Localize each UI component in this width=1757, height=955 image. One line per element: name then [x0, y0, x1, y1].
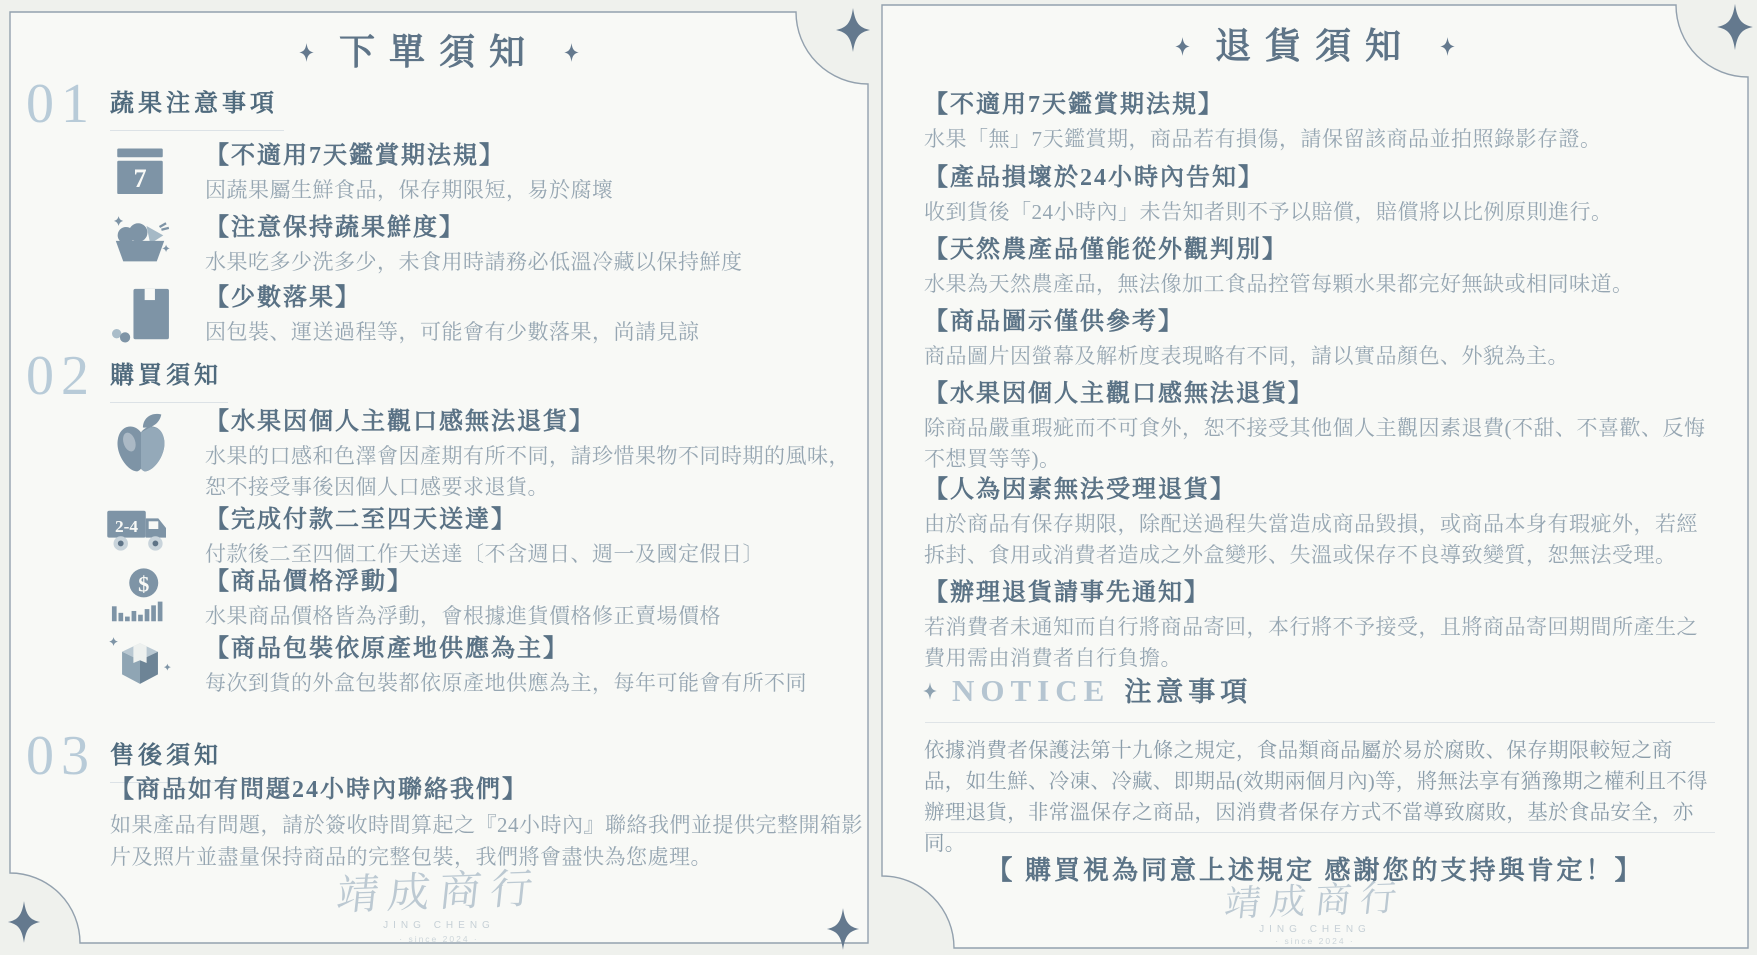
item-heading: 【水果因個人主觀口感無法退貨】 [205, 407, 860, 437]
fruit-basket-icon [102, 213, 178, 267]
page-title: 下單須知 [339, 34, 539, 70]
section-number: 02 [26, 348, 96, 404]
item-heading: 【商品價格浮動】 [205, 567, 860, 597]
notice-label-zh: 注意事項 [1124, 679, 1252, 706]
section-number: 03 [26, 728, 96, 784]
notice-item: 【水果因個人主觀口感無法退貨】 除商品嚴重瑕疵而不可食外，恕不接受其他個人主觀因… [924, 379, 1719, 475]
calendar-7-icon: 7 [102, 146, 178, 200]
item-heading: 【商品包裝依原產地供應為主】 [205, 634, 860, 664]
item-body: 水果「無」7天鑑賞期，商品若有損傷，請保留該商品並拍照錄影存證。 [924, 124, 1719, 155]
page-title: 退貨須知 [1215, 28, 1415, 64]
notice-item: 【產品損壞於24小時內告知】 收到貨後「24小時內」未告知者則不予以賠償，賠償將… [924, 163, 1719, 228]
item-body: 如果產品有問題，請於簽收時間算起之『24小時內』聯絡我們並提供完整開箱影片及照片… [110, 809, 865, 873]
item-body: 水果吃多少洗多少，未食用時請務必低溫冷藏以保持鮮度 [205, 247, 860, 278]
notice-item: 【天然農產品僅能從外觀判別】 水果為天然農產品，無法像加工食品控管每顆水果都完好… [924, 235, 1719, 300]
item-heading: 【完成付款二至四天送達】 [205, 505, 860, 535]
item-body: 每次到貨的外盒包裝都依原產地供應為主，每年可能會有所不同 [205, 668, 860, 699]
item-heading: 【商品圖示僅供參考】 [924, 307, 1719, 337]
brand-logo-script: 靖成商行 [1223, 879, 1408, 925]
sparkle-icon [563, 40, 580, 65]
notice-item: 【商品圖示僅供參考】 商品圖片因螢幕及解析度表現略有不同，請以實品顏色、外貌為主… [924, 307, 1719, 372]
brand-logo: 靖成商行 JING CHENG · since 2024 · [882, 882, 1748, 946]
brand-logo-latin: JING CHENG [10, 920, 868, 931]
item-body: 因包裝、運送過程等，可能會有少數落果，尚請見諒 [205, 317, 860, 348]
brand-logo: 靖成商行 JING CHENG · since 2024 · [10, 870, 868, 944]
item-body: 除商品嚴重瑕疵而不可食外，恕不接受其他個人主觀因素退費(不甜、不喜歡、反悔不想買… [924, 413, 1719, 475]
order-notice-panel: 下單須知 01 蔬果注意事項 7 【不適用7天鑑賞期法規】 因蔬果屬生鮮食品，保… [10, 12, 868, 947]
item-body: 商品圖片因螢幕及解析度表現略有不同，請以實品顏色、外貌為主。 [924, 341, 1719, 372]
price-coin-icon: $ [102, 567, 178, 625]
item-body: 付款後二至四個工作天送達〔不含週日、週一及國定假日〕 [205, 539, 860, 570]
brand-logo-since: · since 2024 · [882, 936, 1748, 946]
sparkle-icon [922, 679, 938, 703]
return-notice-panel: 退貨須知 【不適用7天鑑賞期法規】 水果「無」7天鑑賞期，商品若有損傷，請保留該… [882, 5, 1748, 948]
notice-item: 【人為因素無法受理退貨】 由於商品有保存期限，除配送過程失當造成商品毀損，或商品… [924, 475, 1719, 571]
page: 下單須知 01 蔬果注意事項 7 【不適用7天鑑賞期法規】 因蔬果屬生鮮食品，保… [0, 0, 1757, 955]
divider [925, 832, 1715, 833]
item-heading: 【少數落果】 [205, 283, 860, 313]
item-body: 水果商品價格皆為浮動，會根據進貨價格修正賣場價格 [205, 601, 860, 632]
item-heading: 【天然農產品僅能從外觀判別】 [924, 235, 1719, 265]
apple-icon [102, 409, 178, 479]
notice-paragraph: 依據消費者保護法第十九條之規定，食品類商品屬於易於腐敗、保存期限較短之商品，如生… [924, 736, 1714, 860]
brand-logo-latin: JING CHENG [882, 924, 1748, 935]
sparkle-icon [298, 40, 315, 65]
notice-section-header: NOTICE 注意事項 [922, 675, 1252, 706]
item-heading: 【商品如有問題24小時內聯絡我們】 [110, 775, 865, 805]
item-heading: 【不適用7天鑑賞期法規】 [924, 90, 1719, 120]
item-body: 若消費者未通知而自行將商品寄回，本行將不予接受，且將商品寄回期間所產生之費用需由… [924, 612, 1719, 674]
item-body: 收到貨後「24小時內」未告知者則不予以賠償，賠償將以比例原則進行。 [924, 197, 1719, 228]
section-number: 01 [26, 76, 96, 132]
item-heading: 【注意保持蔬果鮮度】 [205, 213, 860, 243]
notice-item: 【不適用7天鑑賞期法規】 水果「無」7天鑑賞期，商品若有損傷，請保留該商品並拍照… [924, 90, 1719, 155]
svg-text:$: $ [138, 571, 149, 596]
brand-logo-script: 靖成商行 [334, 866, 544, 919]
item-heading: 【辦理退貨請事先通知】 [924, 578, 1719, 608]
item-heading: 【不適用7天鑑賞期法規】 [205, 141, 860, 171]
item-heading: 【水果因個人主觀口感無法退貨】 [924, 379, 1719, 409]
notice-item: 【辦理退貨請事先通知】 若消費者未通知而自行將商品寄回，本行將不予接受，且將商品… [924, 578, 1719, 674]
item-heading: 【產品損壞於24小時內告知】 [924, 163, 1719, 193]
notice-item: 【商品如有問題24小時內聯絡我們】 如果產品有問題，請於簽收時間算起之『24小時… [110, 775, 865, 873]
item-heading: 【人為因素無法受理退貨】 [924, 475, 1719, 505]
sparkle-icon [1174, 34, 1191, 59]
item-body: 由於商品有保存期限，除配送過程失當造成商品毀損，或商品本身有瑕疵外，若經拆封、食… [924, 509, 1719, 571]
svg-text:7: 7 [133, 164, 146, 193]
section-header-1: 01 蔬果注意事項 [10, 76, 868, 146]
sparkle-icon [1439, 34, 1456, 59]
fallen-fruit-box-icon [102, 287, 178, 343]
delivery-truck-icon: 2-4 [102, 503, 178, 555]
package-box-icon [102, 634, 178, 694]
section-label: 購買須知 [110, 355, 228, 403]
svg-text:2-4: 2-4 [115, 517, 138, 536]
divider [925, 722, 1715, 723]
item-body: 水果為天然農產品，無法像加工食品控管每顆水果都完好無缺或相同味道。 [924, 269, 1719, 300]
brand-logo-since: · since 2024 · [10, 934, 868, 944]
order-notice-title: 下單須知 [10, 34, 868, 70]
item-body: 水果的口感和色澤會因產期有所不同，請珍惜果物不同時期的風味，恕不接受事後因個人口… [205, 441, 860, 503]
item-body: 因蔬果屬生鮮食品，保存期限短，易於腐壞 [205, 175, 860, 206]
notice-label-en: NOTICE [952, 675, 1110, 706]
section-label: 蔬果注意事項 [110, 83, 284, 131]
return-notice-title: 退貨須知 [882, 28, 1748, 64]
